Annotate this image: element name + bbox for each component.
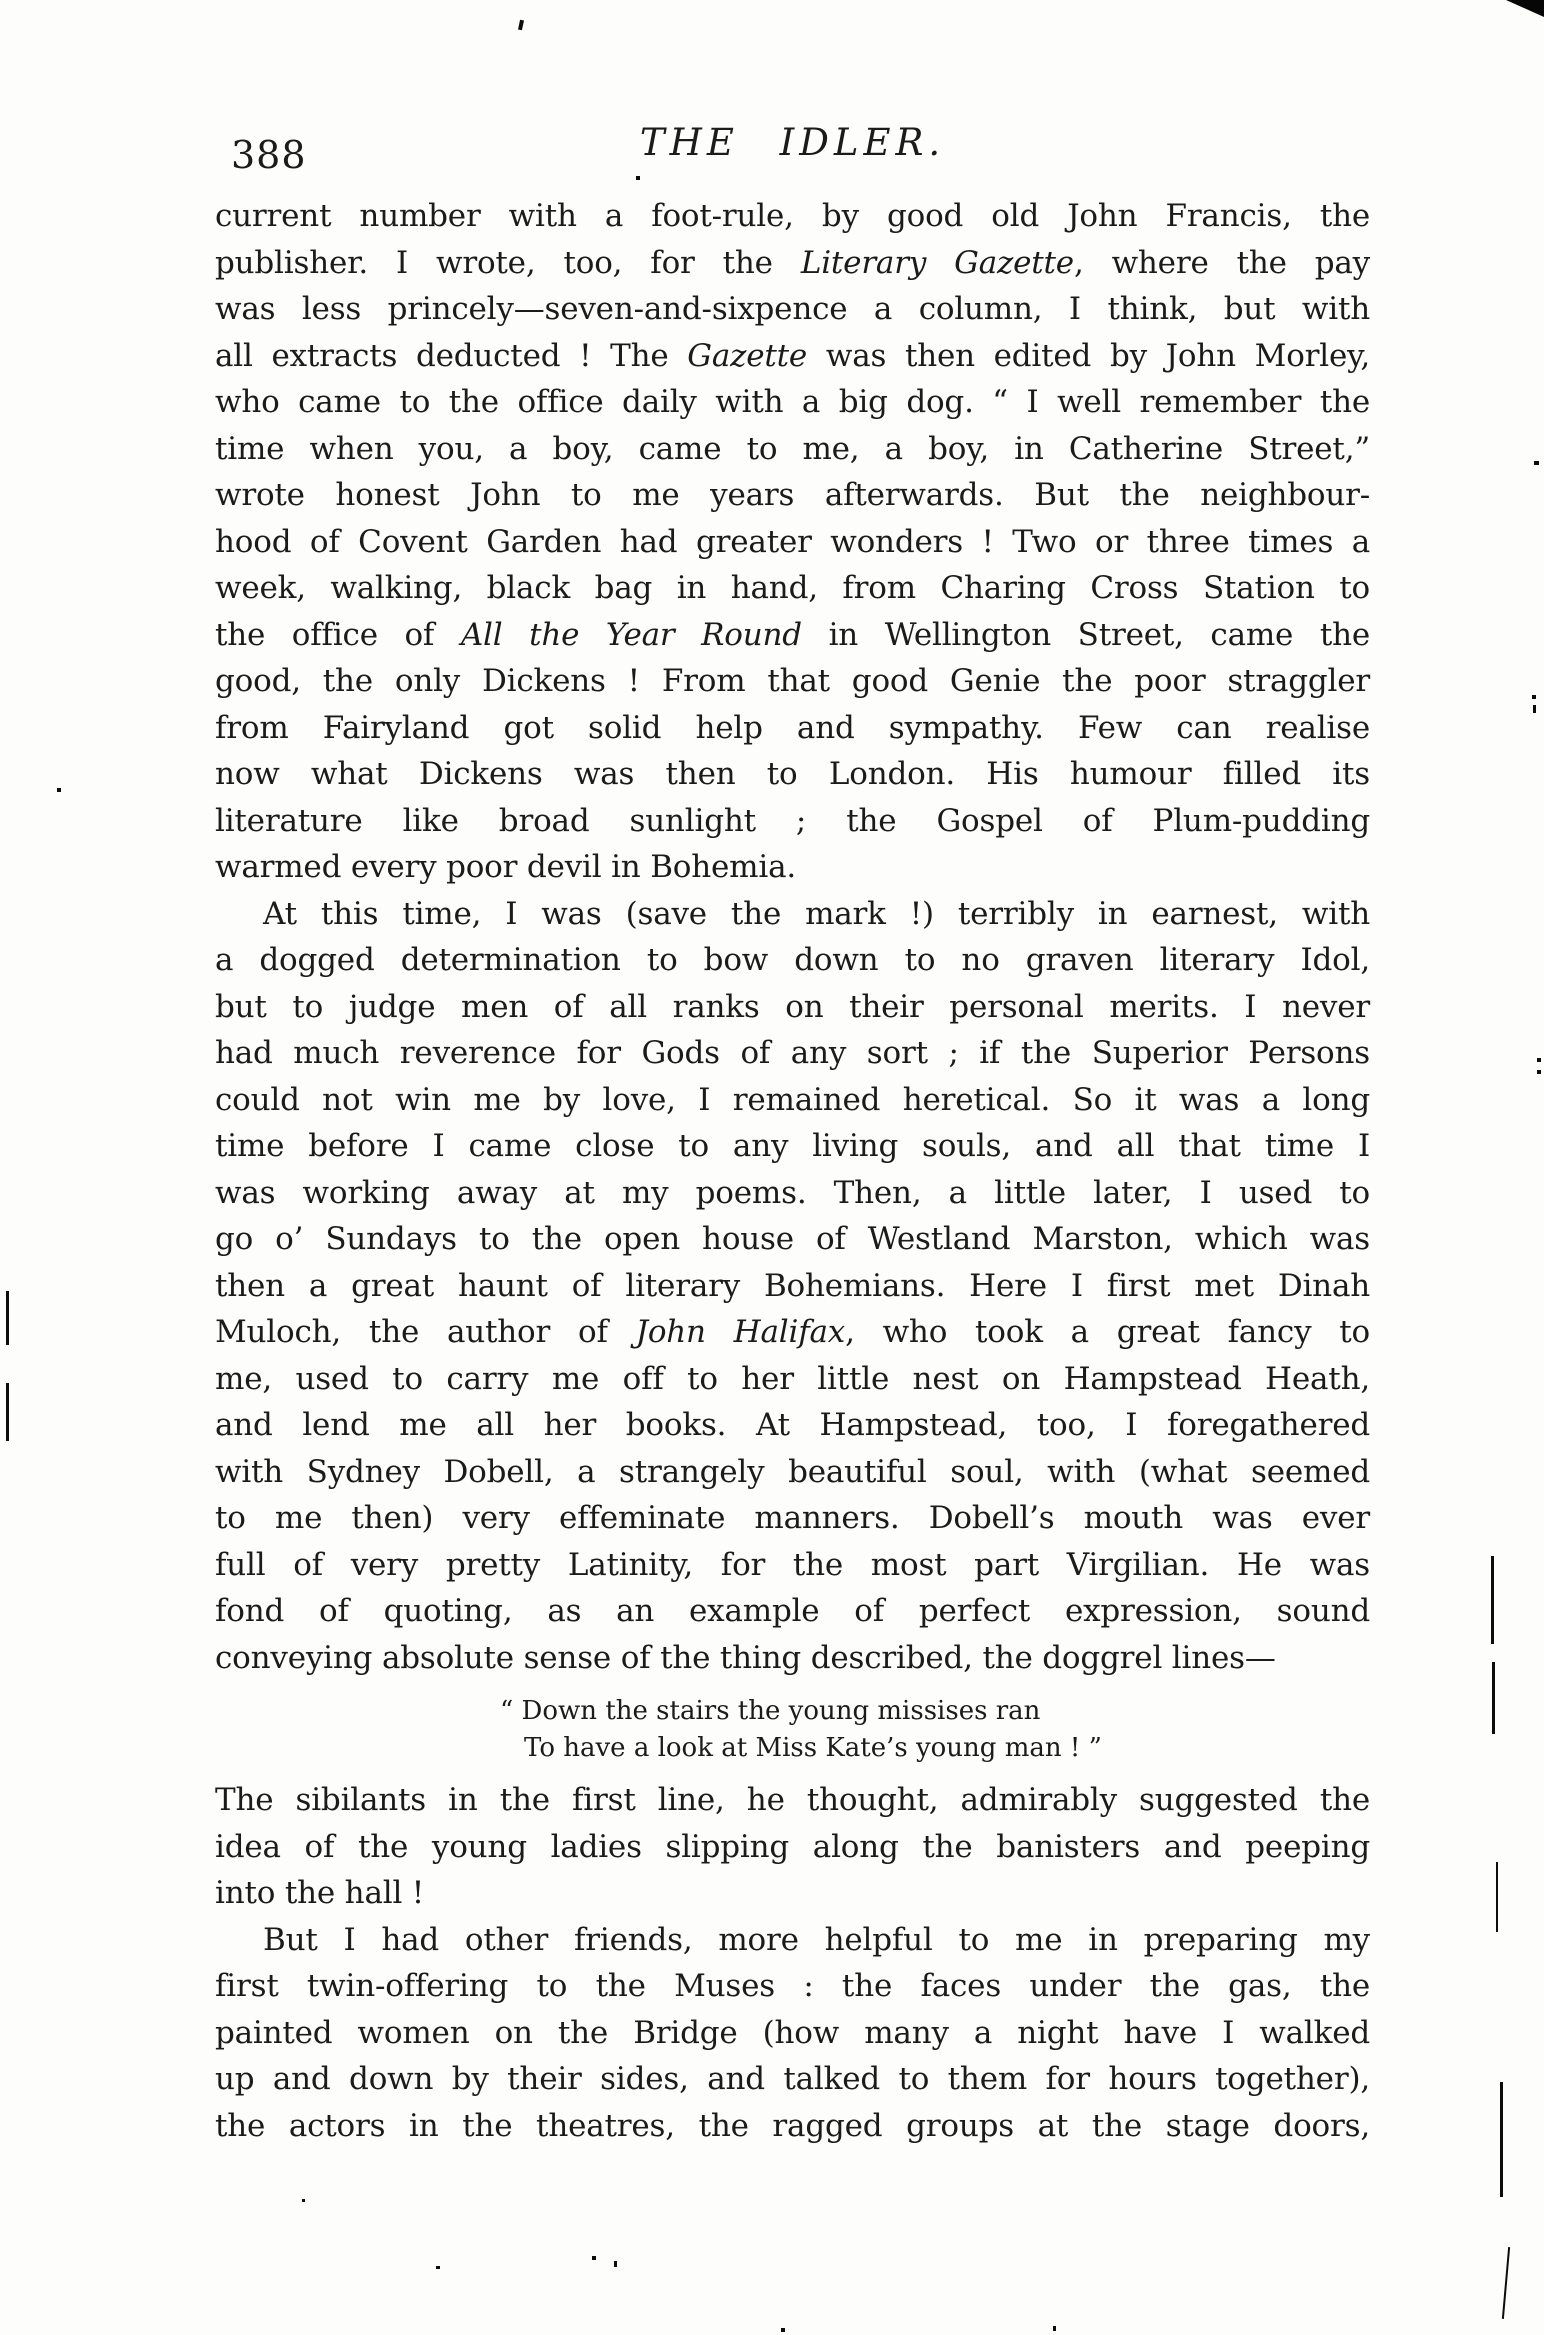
text-line: then a great haunt of literary Bohemians… bbox=[215, 1263, 1370, 1310]
text-line: was less princely—seven-and-sixpence a c… bbox=[215, 286, 1370, 333]
body-text: , where the pay bbox=[1074, 245, 1370, 281]
scan-artifact bbox=[302, 2199, 305, 2202]
body-text: wrote honest John to me years afterwards… bbox=[215, 477, 1370, 513]
body-text: good, the only Dickens ! From that good … bbox=[215, 663, 1370, 699]
text-line: The sibilants in the first line, he thou… bbox=[215, 1777, 1370, 1824]
body-text: first twin-offering to the Muses : the f… bbox=[215, 1968, 1370, 2004]
body-text: , who took a great fancy to bbox=[845, 1314, 1370, 1350]
italic-text: Literary Gazette bbox=[801, 245, 1074, 281]
body-text: week, walking, black bag in hand, from C… bbox=[215, 570, 1370, 606]
paragraph: At this time, I was (save the mark !) te… bbox=[215, 891, 1370, 1682]
body-text: go o’ Sundays to the open house of Westl… bbox=[215, 1221, 1370, 1257]
text-line: could not win me by love, I remained her… bbox=[215, 1077, 1370, 1124]
italic-text: John Halifax bbox=[636, 1314, 845, 1350]
body-text: time before I came close to any living s… bbox=[215, 1128, 1370, 1164]
body-text: was less princely—seven-and-sixpence a c… bbox=[215, 291, 1370, 327]
text-line: and lend me all her books. At Hampstead,… bbox=[215, 1402, 1370, 1449]
text-line: who came to the office daily with a big … bbox=[215, 379, 1370, 426]
text-line: fond of quoting, as an example of perfec… bbox=[215, 1588, 1370, 1635]
text-line: with Sydney Dobell, a strangely beautifu… bbox=[215, 1449, 1370, 1496]
text-line: the actors in the theatres, the ragged g… bbox=[215, 2103, 1370, 2150]
body-text: but to judge men of all ranks on their p… bbox=[215, 989, 1370, 1025]
text-line: first twin-offering to the Muses : the f… bbox=[215, 1963, 1370, 2010]
body-text: was working away at my poems. Then, a li… bbox=[215, 1175, 1370, 1211]
scan-artifact bbox=[6, 1383, 9, 1441]
italic-text: All the Year Round bbox=[461, 617, 802, 653]
body-text: The sibilants in the first line, he thou… bbox=[215, 1782, 1370, 1818]
scan-artifact bbox=[1491, 1556, 1494, 1644]
scan-artifact bbox=[57, 788, 61, 792]
body-text: full of very pretty Latinity, for the mo… bbox=[215, 1547, 1370, 1583]
scan-artifact bbox=[1534, 461, 1539, 465]
scan-artifact bbox=[1492, 1662, 1495, 1734]
text-line: wrote honest John to me years afterwards… bbox=[215, 472, 1370, 519]
text-line: time when you, a boy, came to me, a boy,… bbox=[215, 426, 1370, 473]
body-text: Muloch, the author of bbox=[215, 1314, 636, 1350]
text-line: Muloch, the author of John Halifax, who … bbox=[215, 1309, 1370, 1356]
scan-artifact bbox=[1500, 2082, 1503, 2197]
paragraph: The sibilants in the first line, he thou… bbox=[215, 1777, 1370, 1917]
text-line: But I had other friends, more helpful to… bbox=[215, 1917, 1370, 1964]
body-text: who came to the office daily with a big … bbox=[215, 384, 1370, 420]
verse-line: “ Down the stairs the young missises ran bbox=[215, 1693, 1370, 1730]
verse-quote: “ Down the stairs the young missises ran… bbox=[215, 1693, 1370, 1767]
body-text: literature like broad sunlight ; the Gos… bbox=[215, 803, 1370, 839]
text-line: full of very pretty Latinity, for the mo… bbox=[215, 1542, 1370, 1589]
body-text: up and down by their sides, and talked t… bbox=[215, 2061, 1370, 2097]
body-text: At this time, I was (save the mark !) te… bbox=[263, 896, 1370, 932]
scan-artifact bbox=[436, 2266, 440, 2269]
body-text: and lend me all her books. At Hampstead,… bbox=[215, 1407, 1370, 1443]
body-text: But I had other friends, more helpful to… bbox=[263, 1922, 1370, 1958]
scan-artifact bbox=[1537, 1070, 1541, 1074]
text-line: the office of All the Year Round in Well… bbox=[215, 612, 1370, 659]
text-line: current number with a foot-rule, by good… bbox=[215, 193, 1370, 240]
text-line: idea of the young ladies slipping along … bbox=[215, 1824, 1370, 1871]
body-text: into the hall ! bbox=[215, 1875, 424, 1911]
text-line: At this time, I was (save the mark !) te… bbox=[215, 891, 1370, 938]
scan-artifact bbox=[1537, 1058, 1541, 1062]
body-text: all extracts deducted ! The bbox=[215, 338, 687, 374]
body-text: could not win me by love, I remained her… bbox=[215, 1082, 1370, 1118]
journal-title: THE IDLER. bbox=[215, 124, 1370, 161]
text-line: warmed every poor devil in Bohemia. bbox=[215, 844, 1370, 891]
scan-artifact bbox=[1502, 2247, 1510, 2319]
body-text: to me then) very effeminate manners. Dob… bbox=[215, 1500, 1370, 1536]
paragraph: But I had other friends, more helpful to… bbox=[215, 1917, 1370, 2150]
body-text: in Wellington Street, came the bbox=[802, 617, 1370, 653]
body-text: conveying absolute sense of the thing de… bbox=[215, 1640, 1276, 1676]
scan-artifact bbox=[1506, 0, 1544, 17]
text-line: hood of Covent Garden had greater wonder… bbox=[215, 519, 1370, 566]
text-line: literature like broad sunlight ; the Gos… bbox=[215, 798, 1370, 845]
scan-artifact bbox=[636, 176, 640, 180]
scan-artifact bbox=[1532, 695, 1536, 699]
text-line: a dogged determination to bow down to no… bbox=[215, 937, 1370, 984]
text-line: but to judge men of all ranks on their p… bbox=[215, 984, 1370, 1031]
body-text: painted women on the Bridge (how many a … bbox=[215, 2015, 1370, 2051]
scan-artifact bbox=[1053, 2326, 1056, 2331]
text-line: now what Dickens was then to London. His… bbox=[215, 751, 1370, 798]
text-line: good, the only Dickens ! From that good … bbox=[215, 658, 1370, 705]
text-line: into the hall ! bbox=[215, 1870, 1370, 1917]
scan-artifact bbox=[1496, 1862, 1498, 1932]
body-text: had much reverence for Gods of any sort … bbox=[215, 1035, 1370, 1071]
text-line: week, walking, black bag in hand, from C… bbox=[215, 565, 1370, 612]
body-text: the office of bbox=[215, 617, 461, 653]
italic-text: Gazette bbox=[687, 338, 807, 374]
text-line: painted women on the Bridge (how many a … bbox=[215, 2010, 1370, 2057]
body-text: time when you, a boy, came to me, a boy,… bbox=[215, 431, 1370, 467]
paragraph: current number with a foot-rule, by good… bbox=[215, 193, 1370, 891]
scan-artifact bbox=[781, 2328, 785, 2332]
scan-artifact bbox=[6, 1291, 9, 1345]
scanned-page: 388 THE IDLER. current number with a foo… bbox=[0, 0, 1544, 2335]
text-line: time before I came close to any living s… bbox=[215, 1123, 1370, 1170]
body-text: a dogged determination to bow down to no… bbox=[215, 942, 1370, 978]
scan-artifact bbox=[518, 20, 524, 31]
body-text: was then edited by John Morley, bbox=[807, 338, 1370, 374]
body-text: warmed every poor devil in Bohemia. bbox=[215, 849, 796, 885]
scan-artifact bbox=[592, 2256, 596, 2260]
body-text: hood of Covent Garden had greater wonder… bbox=[215, 524, 1370, 560]
text-line: go o’ Sundays to the open house of Westl… bbox=[215, 1216, 1370, 1263]
body-text: from Fairyland got solid help and sympat… bbox=[215, 710, 1370, 746]
body-text: then a great haunt of literary Bohemians… bbox=[215, 1268, 1370, 1304]
scan-artifact bbox=[614, 2261, 617, 2267]
body-text: the actors in the theatres, the ragged g… bbox=[215, 2108, 1370, 2144]
verse-line: To have a look at Miss Kate’s young man … bbox=[215, 1730, 1370, 1767]
body-text: now what Dickens was then to London. His… bbox=[215, 756, 1370, 792]
body-text: with Sydney Dobell, a strangely beautifu… bbox=[215, 1454, 1370, 1490]
text-line: me, used to carry me off to her little n… bbox=[215, 1356, 1370, 1403]
body-text: me, used to carry me off to her little n… bbox=[215, 1361, 1370, 1397]
text-column: current number with a foot-rule, by good… bbox=[215, 193, 1370, 2149]
body-text: current number with a foot-rule, by good… bbox=[215, 198, 1370, 234]
body-text: fond of quoting, as an example of perfec… bbox=[215, 1593, 1370, 1629]
text-line: to me then) very effeminate manners. Dob… bbox=[215, 1495, 1370, 1542]
body-text: idea of the young ladies slipping along … bbox=[215, 1829, 1370, 1865]
text-line: all extracts deducted ! The Gazette was … bbox=[215, 333, 1370, 380]
text-line: was working away at my poems. Then, a li… bbox=[215, 1170, 1370, 1217]
scan-artifact bbox=[1533, 705, 1536, 713]
text-line: up and down by their sides, and talked t… bbox=[215, 2056, 1370, 2103]
body-text: publisher. I wrote, too, for the bbox=[215, 245, 801, 281]
text-line: had much reverence for Gods of any sort … bbox=[215, 1030, 1370, 1077]
text-line: conveying absolute sense of the thing de… bbox=[215, 1635, 1370, 1682]
text-line: publisher. I wrote, too, for the Literar… bbox=[215, 240, 1370, 287]
text-line: from Fairyland got solid help and sympat… bbox=[215, 705, 1370, 752]
